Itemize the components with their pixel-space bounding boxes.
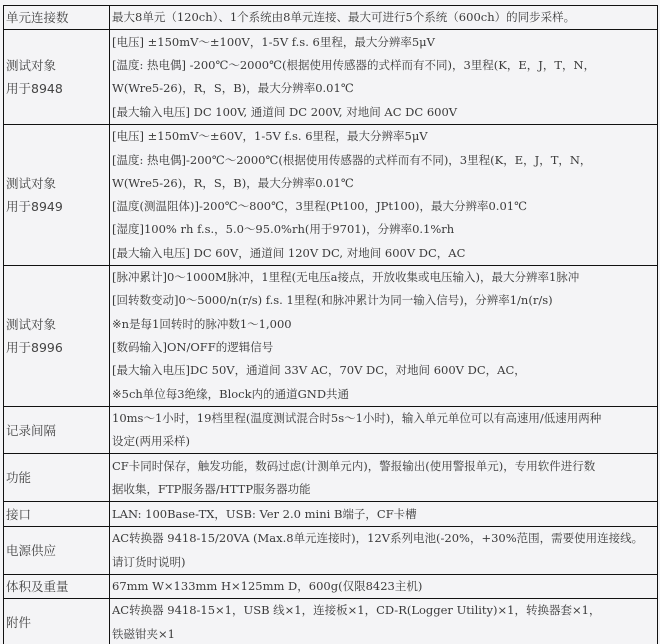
spec-value-line: [最大输入电压] DC 100V, 通道间 DC 200V, 对地间 AC DC…: [112, 101, 657, 124]
spec-label-cell: 测试对象用于8996: [4, 266, 110, 407]
spec-label-text: 测试对象: [6, 313, 109, 336]
spec-value-cell: AC转换器 9418-15/20VA (Max.8单元连接时)，12V系列电池(…: [110, 527, 658, 575]
specification-table-body: 单元连接数 最大8单元（120ch）、1个系统由8单元连接、最大可进行5个系统（…: [4, 6, 658, 644]
spec-row: 体积及重量 67mm W×133mm H×125mm D，600g(仅限8423…: [4, 575, 658, 599]
spec-label-text: 用于8996: [6, 336, 109, 359]
spec-value-cell: [脉冲累计]0～1000M脉冲，1里程(无电压a接点，开放收集或电压输入)，最大…: [110, 266, 658, 407]
spec-label-cell: 功能: [4, 454, 110, 502]
spec-label-cell: 测试对象用于8949: [4, 125, 110, 266]
spec-value-line: ※n是每1回转时的脉冲数1～1,000: [112, 313, 657, 336]
spec-label-cell: 电源供应: [4, 527, 110, 575]
spec-value-line: [脉冲累计]0～1000M脉冲，1里程(无电压a接点，开放收集或电压输入)，最大…: [112, 266, 657, 289]
spec-label-cell: 记录间隔: [4, 406, 110, 454]
spec-label-cell: 接口: [4, 502, 110, 527]
spec-label-text: 测试对象: [6, 54, 109, 77]
spec-label-text: 记录间隔: [6, 419, 109, 442]
spec-value-line: [湿度]100% rh f.s.，5.0～95.0%rh(用于9701)，分辨率…: [112, 218, 657, 241]
spec-label-cell: 单元连接数: [4, 6, 110, 30]
spec-label-cell: 体积及重量: [4, 575, 110, 599]
spec-value-line: 最大8单元（120ch）、1个系统由8单元连接、最大可进行5个系统（600ch）…: [112, 6, 657, 29]
spec-value-cell: [电压] ±150mV～±100V，1-5V f.s. 6里程，最大分辨率5μV…: [110, 30, 658, 125]
spec-label-text: 功能: [6, 466, 109, 489]
spec-value-cell: [电压] ±150mV～±60V，1-5V f.s. 6里程，最大分辨率5μV[…: [110, 125, 658, 266]
spec-label-text: 用于8948: [6, 77, 109, 100]
spec-label-text: 单元连接数: [6, 6, 109, 29]
spec-value-line: 请订货时说明): [112, 551, 657, 574]
spec-value-line: LAN: 100Base-TX，USB: Ver 2.0 mini B端子，CF…: [112, 503, 657, 526]
spec-label-text: 附件: [6, 611, 109, 634]
spec-value-cell: 最大8单元（120ch）、1个系统由8单元连接、最大可进行5个系统（600ch）…: [110, 6, 658, 30]
spec-label-text: 用于8949: [6, 195, 109, 218]
spec-value-line: [最大输入电压]DC 50V，通道间 33V AC，70V DC，对地间 600…: [112, 359, 657, 382]
spec-row: 测试对象用于8949 [电压] ±150mV～±60V，1-5V f.s. 6里…: [4, 125, 658, 266]
spec-value-line: [温度: 热电偶] -200℃～2000℃(根据使用传感器的式样而有不同)，3里…: [112, 54, 657, 77]
spec-row: 单元连接数 最大8单元（120ch）、1个系统由8单元连接、最大可进行5个系统（…: [4, 6, 658, 30]
spec-label-text: 体积及重量: [6, 575, 109, 598]
spec-value-cell: LAN: 100Base-TX，USB: Ver 2.0 mini B端子，CF…: [110, 502, 658, 527]
spec-label-cell: 附件: [4, 599, 110, 644]
spec-row: 电源供应 AC转换器 9418-15/20VA (Max.8单元连接时)，12V…: [4, 527, 658, 575]
spec-value-line: 铁磁钳夹×1: [112, 623, 657, 644]
spec-value-cell: AC转换器 9418-15×1，USB 线×1，连接板×1，CD-R(Logge…: [110, 599, 658, 644]
spec-label-text: 接口: [6, 503, 109, 526]
spec-value-line: [回转数变动]0～5000/n(r/s) f.s. 1里程(和脉冲累计为同一输入…: [112, 289, 657, 312]
spec-value-line: 设定(两用采样): [112, 430, 657, 453]
spec-row: 测试对象用于8948 [电压] ±150mV～±100V，1-5V f.s. 6…: [4, 30, 658, 125]
spec-value-line: [电压] ±150mV～±60V，1-5V f.s. 6里程，最大分辨率5μV: [112, 125, 657, 148]
spec-row: 测试对象用于8996 [脉冲累计]0～1000M脉冲，1里程(无电压a接点，开放…: [4, 266, 658, 407]
spec-value-cell: 67mm W×133mm H×125mm D，600g(仅限8423主机): [110, 575, 658, 599]
spec-label-text: 电源供应: [6, 539, 109, 562]
spec-value-line: AC转换器 9418-15/20VA (Max.8单元连接时)，12V系列电池(…: [112, 527, 657, 550]
spec-row: 记录间隔 10ms～1小时，19档里程(温度测试混合时5s～1小时)，输入单元单…: [4, 406, 658, 454]
spec-row: 功能 CF卡同时保存，触发功能，数码过虑(计测单元内)，警报输出(使用警报单元)…: [4, 454, 658, 502]
spec-row: 附件 AC转换器 9418-15×1，USB 线×1，连接板×1，CD-R(Lo…: [4, 599, 658, 644]
spec-label-text: 测试对象: [6, 172, 109, 195]
spec-value-line: W(Wre5-26)，R，S，B)，最大分辨率0.01℃: [112, 172, 657, 195]
spec-value-line: 10ms～1小时，19档里程(温度测试混合时5s～1小时)，输入单元单位可以有高…: [112, 407, 657, 430]
specification-table: 单元连接数 最大8单元（120ch）、1个系统由8单元连接、最大可进行5个系统（…: [3, 5, 658, 644]
spec-value-line: [数码输入]ON/OFF的逻辑信号: [112, 336, 657, 359]
spec-value-cell: 10ms～1小时，19档里程(温度测试混合时5s～1小时)，输入单元单位可以有高…: [110, 406, 658, 454]
spec-value-line: ※5ch单位每3绝缘，Block内的通道GND共通: [112, 383, 657, 406]
spec-value-line: [电压] ±150mV～±100V，1-5V f.s. 6里程，最大分辨率5μV: [112, 31, 657, 54]
spec-value-line: 67mm W×133mm H×125mm D，600g(仅限8423主机): [112, 575, 657, 598]
spec-row: 接口 LAN: 100Base-TX，USB: Ver 2.0 mini B端子…: [4, 502, 658, 527]
spec-value-line: [最大输入电压] DC 60V，通道间 120V DC, 对地间 600V DC…: [112, 242, 657, 265]
spec-label-cell: 测试对象用于8948: [4, 30, 110, 125]
spec-value-cell: CF卡同时保存，触发功能，数码过虑(计测单元内)，警报输出(使用警报单元)，专用…: [110, 454, 658, 502]
spec-value-line: W(Wre5-26)，R，S，B)，最大分辨率0.01℃: [112, 77, 657, 100]
spec-value-line: AC转换器 9418-15×1，USB 线×1，连接板×1，CD-R(Logge…: [112, 599, 657, 622]
spec-value-line: 据收集，FTP服务器/HTTP服务器功能: [112, 478, 657, 501]
spec-value-line: [温度: 热电偶]-200℃～2000℃(根据使用传感器的式样而有不同)，3里程…: [112, 149, 657, 172]
spec-value-line: [温度(测温阻体)]-200℃～800℃，3里程(Pt100，JPt100)，最…: [112, 195, 657, 218]
spec-value-line: CF卡同时保存，触发功能，数码过虑(计测单元内)，警报输出(使用警报单元)，专用…: [112, 455, 657, 478]
